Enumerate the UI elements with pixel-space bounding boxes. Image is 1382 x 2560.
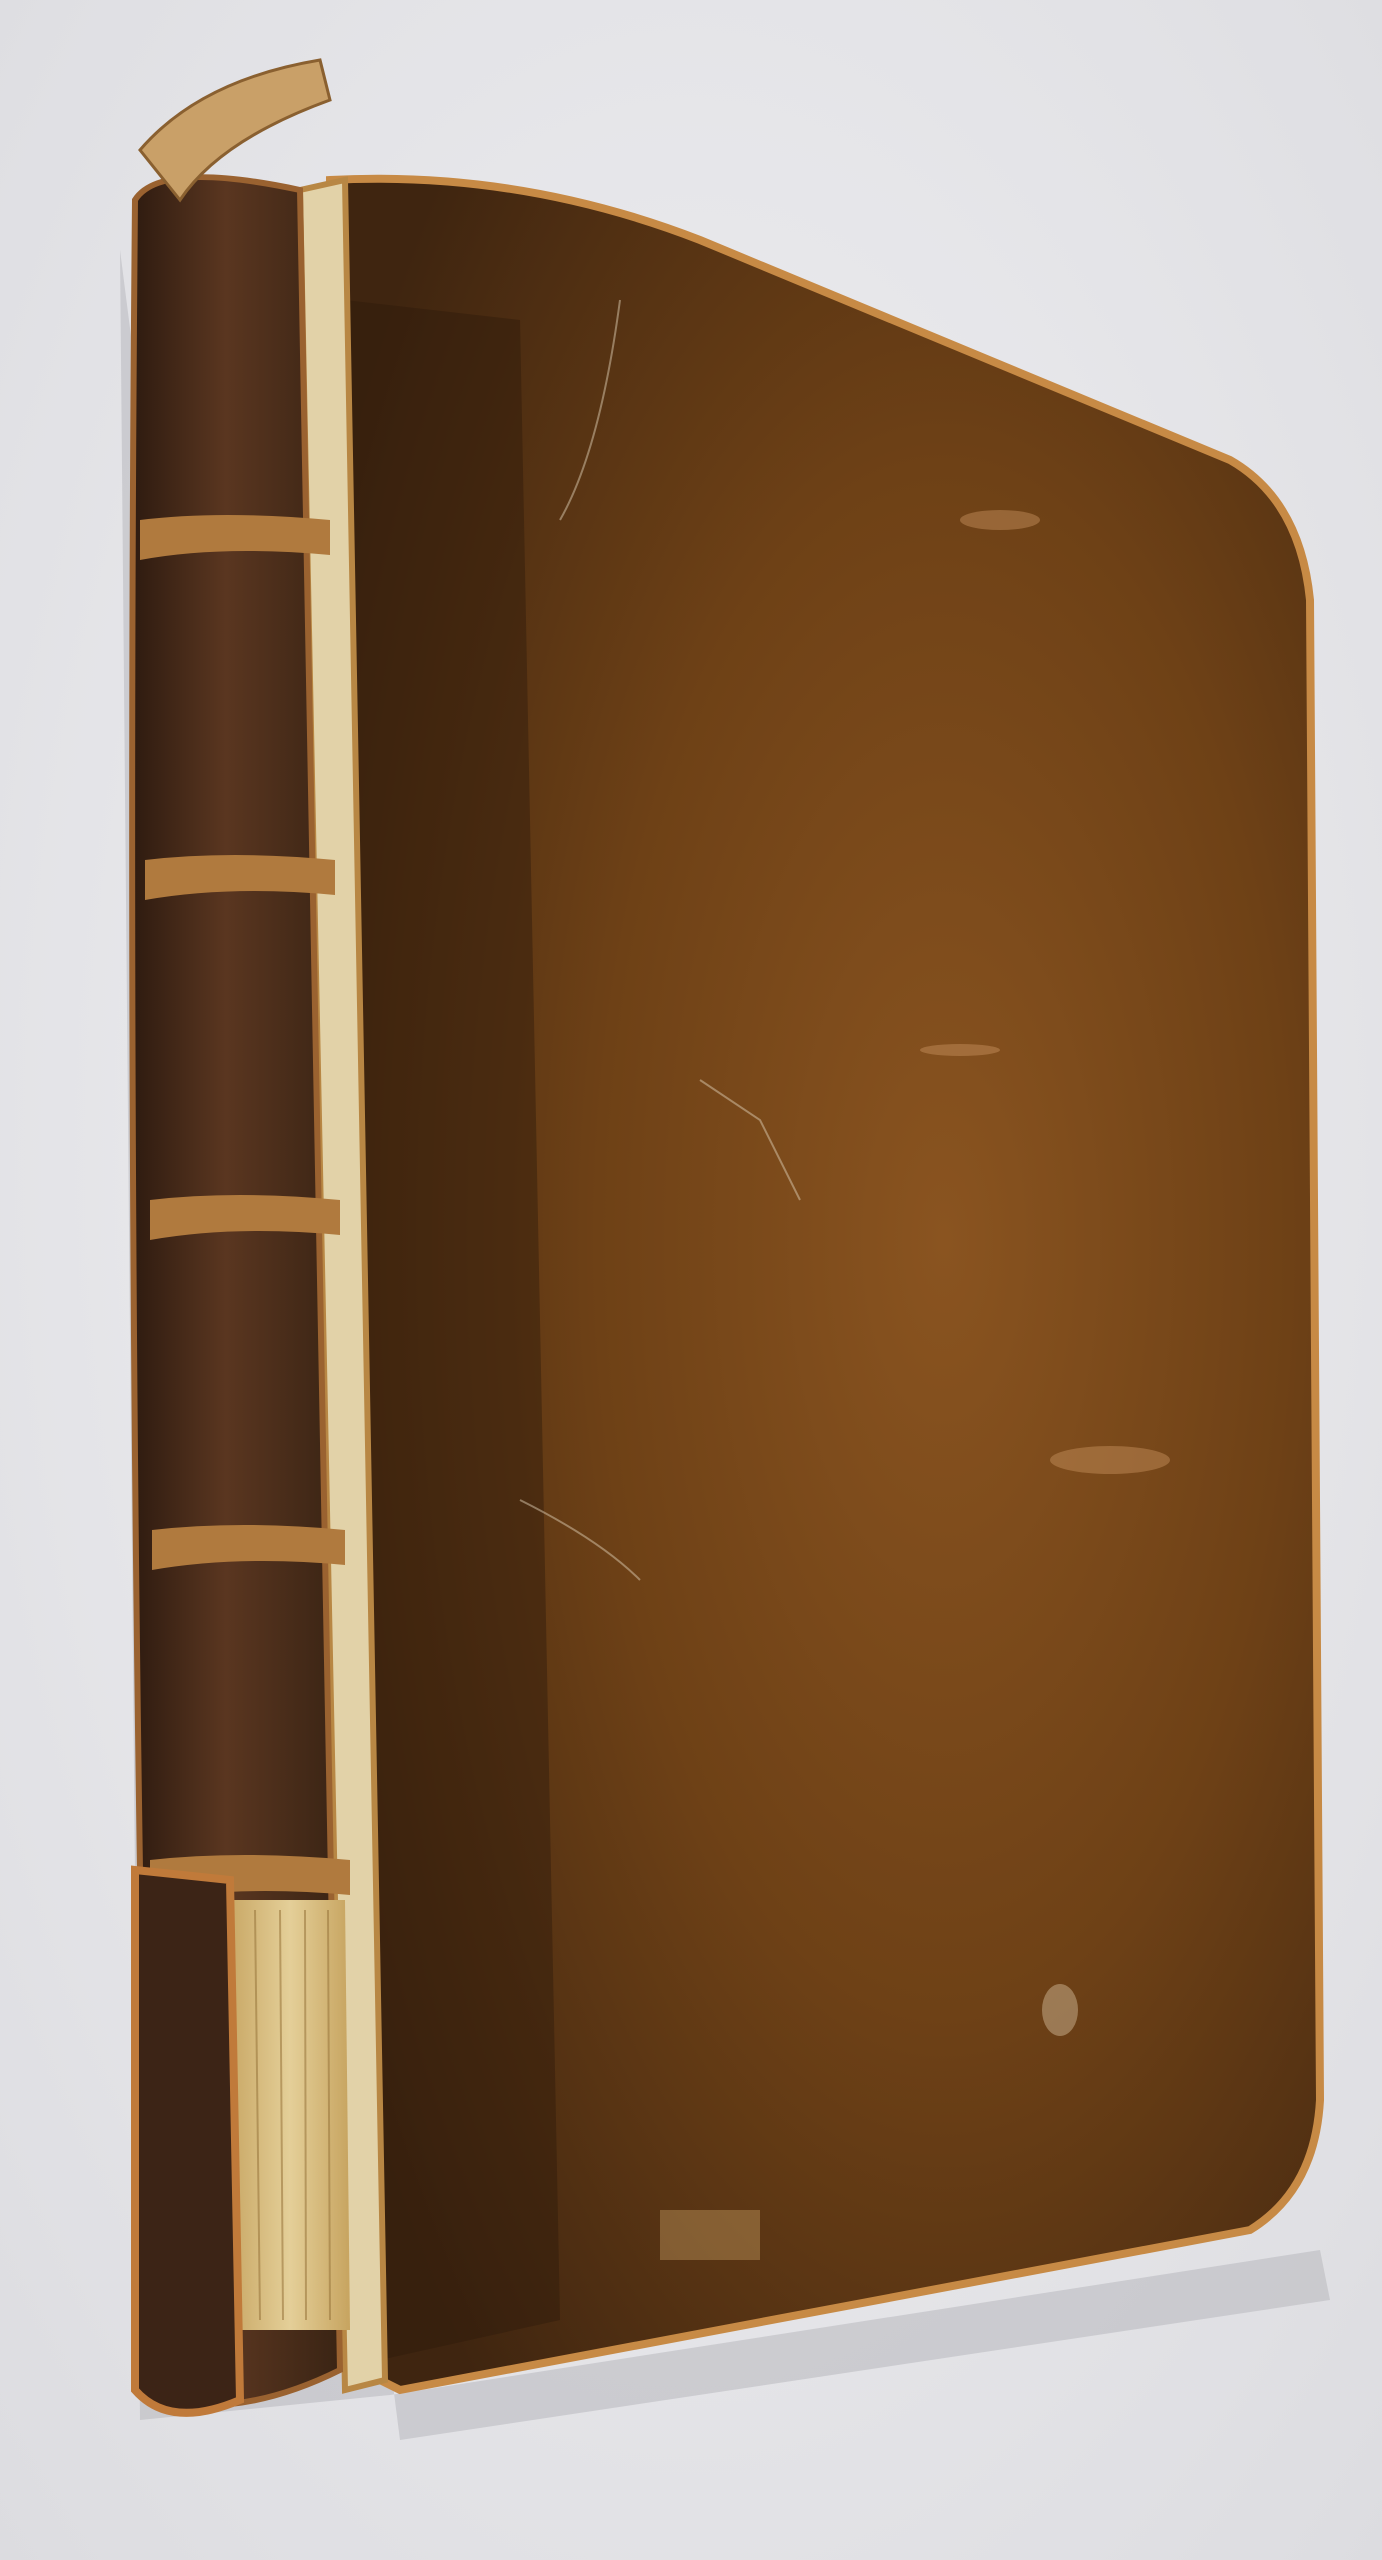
photo-scene [0, 0, 1382, 2560]
exposed-pages [230, 1900, 350, 2330]
book-photo [0, 0, 1382, 2560]
